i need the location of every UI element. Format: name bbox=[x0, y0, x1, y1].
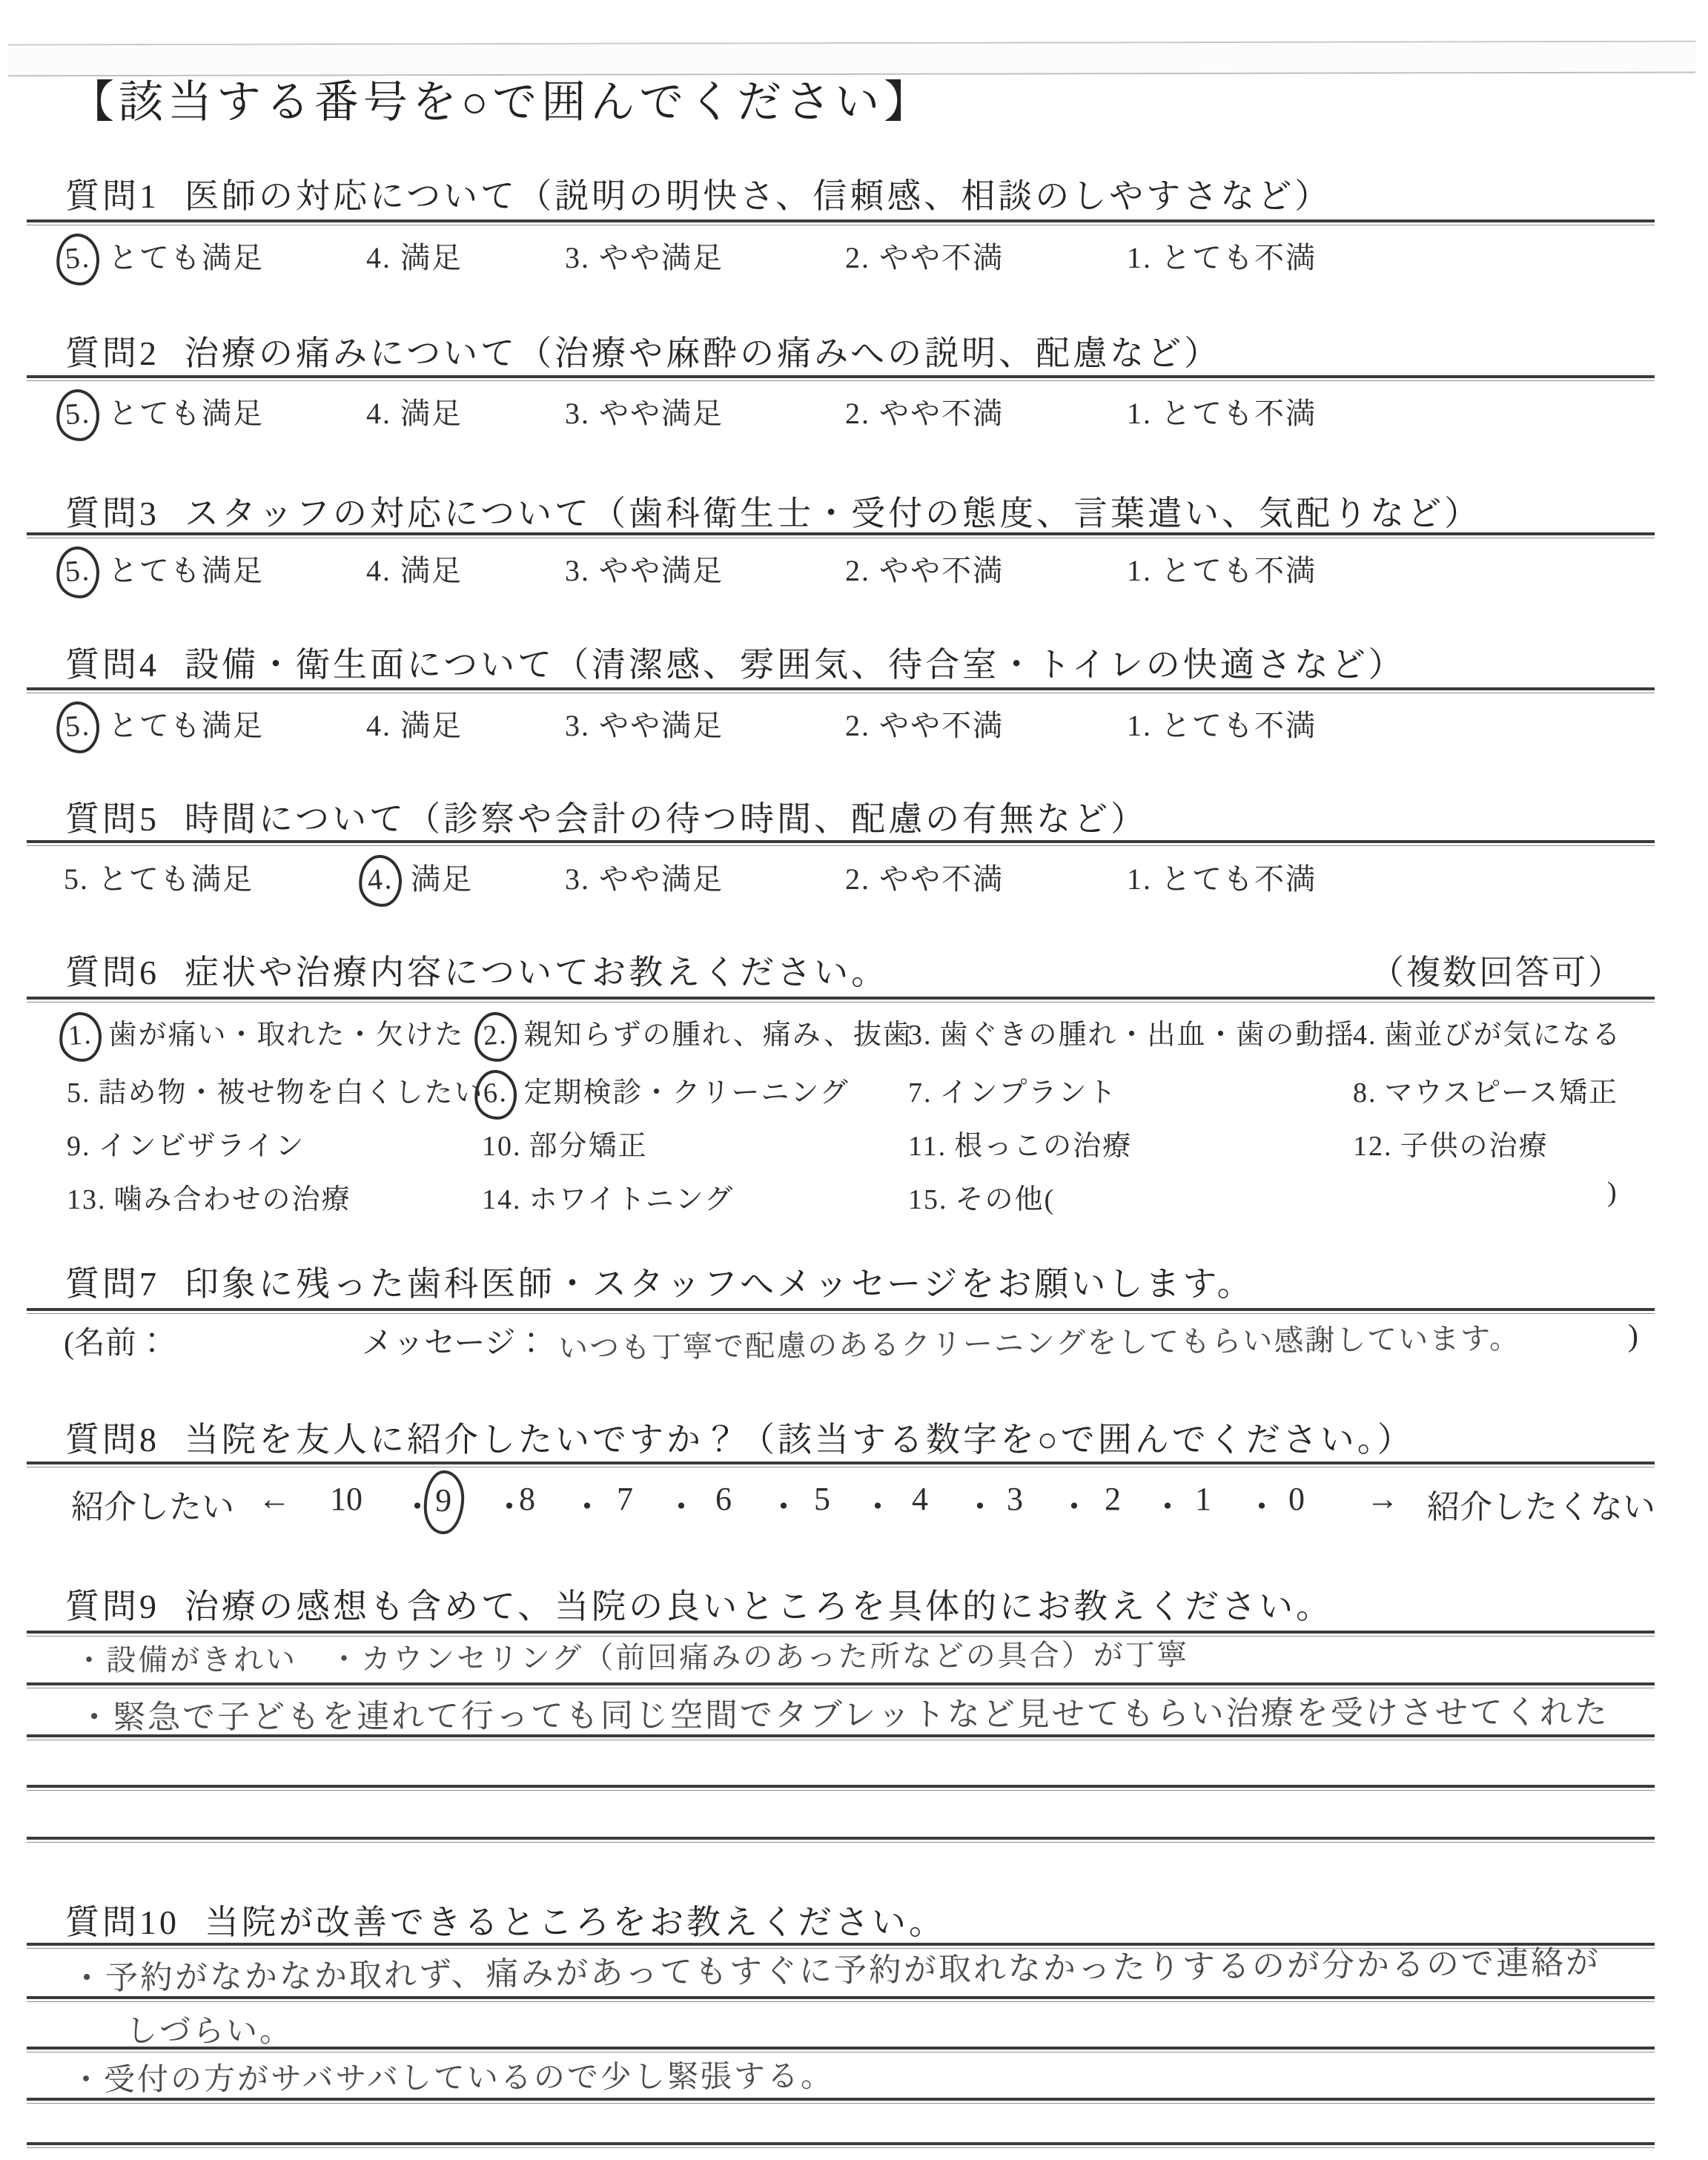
item-label: 歯並びが気になる bbox=[1385, 1020, 1622, 1051]
ruled-line bbox=[27, 1308, 1655, 1314]
option-label: やや満足 bbox=[599, 709, 724, 742]
item-num: 13. bbox=[67, 1184, 107, 1215]
handwritten-answer: しづらい。 bbox=[126, 2007, 293, 2051]
option-num: 2. bbox=[845, 862, 870, 896]
option-label: やや満足 bbox=[599, 397, 724, 430]
handwritten-answer: ・受付の方がサバサバしているので少し緊張する。 bbox=[70, 2052, 834, 2100]
option-num: 4. bbox=[366, 554, 391, 587]
multiple-answers-note: （複数回答可） bbox=[1370, 945, 1624, 994]
option-label: とても満足 bbox=[108, 397, 264, 430]
scale-3: 3 bbox=[1007, 1480, 1023, 1518]
q3-option-2: 2.やや不満 bbox=[845, 547, 1004, 589]
question-9-text: 治療の感想も含めて、当院の良いところを具体的にお教えください。 bbox=[185, 1588, 1333, 1625]
q5-option-2: 2.やや不満 bbox=[845, 856, 1004, 898]
handwritten-circle: 5. bbox=[55, 700, 102, 755]
q2-option-3: 3.やや満足 bbox=[565, 390, 724, 432]
question-9-heading: 質問9治療の感想も含めて、当院の良いところを具体的にお教えください。 bbox=[65, 1579, 1333, 1628]
question-6-heading: 質問6症状や治療内容についてお教えください。 bbox=[65, 945, 888, 994]
q6-item-10: 10.部分矯正 bbox=[482, 1123, 648, 1163]
q3-option-1: 1.とても不満 bbox=[1127, 547, 1317, 589]
question-7-text: 印象に残った歯科医師・スタッフへメッセージをお願いします。 bbox=[185, 1265, 1254, 1303]
scale-dot: ・ bbox=[571, 1480, 603, 1527]
ruled-line bbox=[27, 840, 1655, 846]
question-7-label: 質問7 bbox=[65, 1265, 159, 1303]
item-num: 12. bbox=[1353, 1131, 1393, 1162]
q6-item-13: 13.噛み合わせの治療 bbox=[67, 1176, 351, 1217]
option-label: 満足 bbox=[411, 862, 473, 896]
item-label: 親知らずの腫れ、痛み、抜歯 bbox=[524, 1020, 913, 1051]
scale-0: 0 bbox=[1288, 1480, 1305, 1518]
scale-dot: ・ bbox=[1245, 1480, 1278, 1527]
question-3-label: 質問3 bbox=[65, 495, 159, 532]
q2-option-5: 5.とても満足 bbox=[64, 390, 264, 432]
item-label: その他( bbox=[956, 1184, 1056, 1215]
question-8-label: 質問8 bbox=[65, 1421, 159, 1459]
question-1-label: 質問1 bbox=[65, 177, 159, 215]
question-8-text: 当院を友人に紹介したいですか？（該当する数字を○で囲んでください。） bbox=[185, 1421, 1414, 1459]
q4-option-2: 2.やや不満 bbox=[845, 702, 1004, 744]
option-num: 2. bbox=[845, 397, 870, 430]
q6-item-1: 1.歯が痛い・取れた・欠けた bbox=[67, 1011, 465, 1053]
option-num: 4. bbox=[366, 709, 391, 742]
answer-close-paren: ) bbox=[1628, 1318, 1638, 1354]
option-num: 1. bbox=[1127, 241, 1152, 274]
handwritten-circle: 5. bbox=[55, 232, 102, 287]
message-field: メッセージ：いつも丁寧で配慮のあるクリーニングをしてもらい感謝しています。 bbox=[362, 1318, 1520, 1363]
q6-item-6: 6.定期検診・クリーニング bbox=[482, 1069, 850, 1111]
scale-10: 10 bbox=[330, 1480, 363, 1518]
item-label: ホワイトニング bbox=[529, 1184, 735, 1215]
option-label: やや満足 bbox=[599, 862, 724, 896]
option-num: 1. bbox=[1127, 862, 1152, 896]
question-4-text: 設備・衛生面について（清潔感、雰囲気、待合室・トイレの快適さなど） bbox=[185, 646, 1406, 684]
question-3-options: 5.とても満足 4.満足 3.やや満足 2.やや不満 1.とても不満 bbox=[0, 547, 1708, 607]
question-5-label: 質問5 bbox=[65, 800, 159, 838]
scale-2: 2 bbox=[1105, 1480, 1121, 1518]
q4-option-1: 1.とても不満 bbox=[1127, 702, 1317, 744]
handwritten-circle: 5. bbox=[55, 388, 102, 443]
option-label: とても不満 bbox=[1161, 397, 1317, 430]
ruled-line bbox=[27, 219, 1655, 225]
option-num: 3. bbox=[565, 241, 590, 274]
answer-line bbox=[27, 2047, 1655, 2052]
question-8-heading: 質問8当院を友人に紹介したいですか？（該当する数字を○で囲んでください。） bbox=[65, 1413, 1414, 1462]
option-label: 満足 bbox=[400, 241, 463, 274]
option-label: とても満足 bbox=[108, 241, 264, 274]
item-label: 噛み合わせの治療 bbox=[114, 1184, 351, 1215]
handwritten-answer: ・設備がきれい ・カウンセリング（前回痛みのあった所などの具合）が丁寧 bbox=[74, 1631, 1189, 1680]
item-label: 子供の治療 bbox=[1400, 1131, 1549, 1162]
answer-line bbox=[27, 1734, 1655, 1740]
question-5-heading: 質問5時間について（診察や会計の待つ時間、配慮の有無など） bbox=[65, 792, 1148, 841]
q6-item-11: 11.根っこの治療 bbox=[908, 1123, 1132, 1163]
ruled-line bbox=[27, 532, 1655, 538]
item-label: インビザライン bbox=[99, 1131, 305, 1162]
question-10-text: 当院が改善できるところをお教えください。 bbox=[205, 1903, 946, 1941]
item-num: 8. bbox=[1353, 1077, 1377, 1109]
q1-option-4: 4.満足 bbox=[366, 234, 463, 277]
question-1-text: 医師の対応について（説明の明快さ、信頼感、相談のしやすさなど） bbox=[185, 177, 1331, 215]
q2-option-4: 4.満足 bbox=[366, 390, 463, 432]
left-arrow-icon: ← bbox=[258, 1480, 291, 1518]
item-label: マウスピース矯正 bbox=[1385, 1077, 1618, 1109]
option-label: とても不満 bbox=[1161, 862, 1317, 896]
question-3-text: スタッフの対応について（歯科衛生士・受付の態度、言葉遣い、気配りなど） bbox=[185, 495, 1481, 532]
question-1-options: 5.とても満足 4.満足 3.やや満足 2.やや不満 1.とても不満 bbox=[0, 234, 1708, 294]
question-9-label: 質問9 bbox=[65, 1588, 159, 1625]
item-num: 5. bbox=[67, 1077, 91, 1109]
option-num: 1. bbox=[1127, 709, 1152, 742]
question-6-label: 質問6 bbox=[65, 954, 159, 991]
question-1-heading: 質問1医師の対応について（説明の明快さ、信頼感、相談のしやすさなど） bbox=[65, 169, 1331, 218]
answer-line bbox=[27, 1996, 1655, 2002]
option-label: 満足 bbox=[400, 554, 463, 587]
q6-item-15: 15.その他( bbox=[908, 1176, 1055, 1217]
scanned-questionnaire-page: 【該当する番号を○で囲んでください】 質問1医師の対応について（説明の明快さ、信… bbox=[0, 0, 1708, 2160]
item-label: 定期検診・クリーニング bbox=[524, 1077, 850, 1109]
item-num: 10. bbox=[482, 1131, 522, 1162]
scale-dot: ・ bbox=[767, 1480, 800, 1527]
question-6-text: 症状や治療内容についてお教えください。 bbox=[185, 954, 888, 991]
q6-item-8: 8.マウスピース矯正 bbox=[1353, 1069, 1618, 1110]
question-3-heading: 質問3スタッフの対応について（歯科衛生士・受付の態度、言葉遣い、気配りなど） bbox=[65, 486, 1481, 535]
question-4-options: 5.とても満足 4.満足 3.やや満足 2.やや不満 1.とても不満 bbox=[0, 702, 1708, 762]
q6-item-7: 7.インプラント bbox=[908, 1069, 1118, 1110]
item-label: 歯が痛い・取れた・欠けた bbox=[109, 1020, 465, 1051]
q3-option-5: 5.とても満足 bbox=[64, 547, 264, 589]
q3-option-4: 4.満足 bbox=[366, 547, 463, 589]
answer-line bbox=[27, 1837, 1655, 1843]
q5-option-4: 4.満足 bbox=[366, 856, 473, 898]
q6-item-12: 12.子供の治療 bbox=[1353, 1123, 1549, 1163]
right-arrow-icon: → bbox=[1366, 1480, 1399, 1518]
question-5-options: 5.とても満足 4.満足 3.やや満足 2.やや不満 1.とても不満 bbox=[0, 856, 1708, 915]
question-5-text: 時間について（診察や会計の待つ時間、配慮の有無など） bbox=[185, 800, 1148, 838]
item-num: 14. bbox=[482, 1184, 522, 1215]
q1-option-2: 2.やや不満 bbox=[845, 234, 1004, 277]
q3-option-3: 3.やや満足 bbox=[565, 547, 724, 589]
scale-5: 5 bbox=[814, 1480, 830, 1518]
option-label: とても満足 bbox=[108, 709, 264, 742]
item-label: 歯ぐきの腫れ・出血・歯の動揺 bbox=[940, 1020, 1355, 1051]
item-num: 3. bbox=[908, 1020, 933, 1051]
q1-option-3: 3.やや満足 bbox=[565, 234, 724, 277]
scale-right-label: 紹介したくない bbox=[1427, 1480, 1655, 1527]
message-label: メッセージ： bbox=[362, 1327, 546, 1361]
q6-item-15-close-paren: ) bbox=[1607, 1176, 1618, 1209]
q6-item-3: 3.歯ぐきの腫れ・出血・歯の動揺 bbox=[908, 1011, 1355, 1052]
option-label: とても不満 bbox=[1161, 241, 1317, 274]
option-label: やや満足 bbox=[599, 241, 724, 274]
option-num: 1. bbox=[1127, 554, 1152, 587]
q5-option-1: 1.とても不満 bbox=[1127, 856, 1317, 898]
item-num: 15. bbox=[908, 1184, 948, 1215]
q6-item-2: 2.親知らずの腫れ、痛み、抜歯 bbox=[482, 1011, 913, 1053]
option-num: 5. bbox=[64, 862, 89, 896]
q6-item-9: 9.インビザライン bbox=[67, 1123, 305, 1163]
scale-6: 6 bbox=[715, 1480, 732, 1518]
option-label: 満足 bbox=[400, 397, 463, 430]
q5-option-5: 5.とても満足 bbox=[64, 856, 254, 898]
option-label: やや不満 bbox=[879, 554, 1004, 587]
question-10-label: 質問10 bbox=[65, 1903, 179, 1941]
question-2-label: 質問2 bbox=[65, 334, 159, 372]
item-num: 9. bbox=[67, 1131, 91, 1162]
option-label: やや不満 bbox=[879, 241, 1004, 274]
q4-option-5: 5.とても満足 bbox=[64, 702, 264, 744]
option-label: とても不満 bbox=[1161, 554, 1317, 587]
scale-left-label: 紹介したい bbox=[71, 1480, 234, 1527]
item-num: 7. bbox=[908, 1077, 933, 1109]
question-4-label: 質問4 bbox=[65, 646, 159, 684]
handwritten-answer: ・緊急で子どもを連れて行っても同じ空間でタブレットなど見せてもらい治療を受けさせ… bbox=[78, 1685, 1609, 1738]
option-num: 3. bbox=[565, 554, 590, 587]
option-num: 3. bbox=[565, 862, 590, 896]
ruled-line bbox=[27, 687, 1655, 693]
handwritten-circle: 2. bbox=[473, 1011, 518, 1063]
item-label: 根っこの治療 bbox=[954, 1131, 1132, 1162]
item-label: 部分矯正 bbox=[529, 1131, 648, 1162]
scale-7: 7 bbox=[617, 1480, 633, 1518]
question-2-options: 5.とても満足 4.満足 3.やや満足 2.やや不満 1.とても不満 bbox=[0, 390, 1708, 449]
answer-line bbox=[27, 2098, 1655, 2104]
option-label: 満足 bbox=[400, 709, 463, 742]
q6-item-5: 5.詰め物・被せ物を白くしたい bbox=[67, 1069, 484, 1110]
handwritten-message: いつも丁寧で配慮のあるクリーニングをしてもらい感謝しています。 bbox=[558, 1315, 1521, 1367]
name-field-prefix: (名前： bbox=[64, 1318, 168, 1363]
handwritten-circle: 5. bbox=[55, 545, 102, 600]
question-10-heading: 質問10当院が改善できるところをお教えください。 bbox=[65, 1895, 946, 1944]
q6-item-14: 14.ホワイトニング bbox=[482, 1176, 734, 1217]
q4-option-4: 4.満足 bbox=[366, 702, 463, 744]
question-2-heading: 質問2治療の痛みについて（治療や麻酔の痛みへの説明、配慮など） bbox=[65, 326, 1221, 375]
ruled-line bbox=[27, 1462, 1655, 1467]
option-num: 2. bbox=[845, 709, 870, 742]
question-2-text: 治療の痛みについて（治療や麻酔の痛みへの説明、配慮など） bbox=[185, 334, 1221, 372]
scale-dot: ・ bbox=[861, 1480, 894, 1527]
scale-dot: ・ bbox=[1151, 1480, 1184, 1527]
item-num: 11. bbox=[908, 1131, 947, 1162]
q2-option-2: 2.やや不満 bbox=[845, 390, 1004, 432]
option-num: 4. bbox=[366, 241, 391, 274]
option-num: 1. bbox=[1127, 397, 1152, 430]
answer-line bbox=[27, 2142, 1655, 2148]
item-label: 詰め物・被せ物を白くしたい bbox=[99, 1077, 484, 1109]
q5-option-3: 3.やや満足 bbox=[565, 856, 724, 898]
option-num: 2. bbox=[845, 241, 870, 274]
handwritten-circle: 1. bbox=[58, 1011, 103, 1063]
item-label: インプラント bbox=[940, 1077, 1118, 1109]
scale-dot: ・ bbox=[1058, 1480, 1090, 1527]
question-4-heading: 質問4設備・衛生面について（清潔感、雰囲気、待合室・トイレの快適さなど） bbox=[65, 638, 1406, 687]
option-num: 3. bbox=[565, 709, 590, 742]
scale-4: 4 bbox=[912, 1480, 928, 1518]
page-title: 【該当する番号を○で囲んでください】 bbox=[70, 67, 933, 131]
scale-dot: ・ bbox=[964, 1480, 996, 1527]
option-num: 4. bbox=[366, 397, 391, 430]
q1-option-5: 5.とても満足 bbox=[64, 234, 264, 277]
option-label: とても不満 bbox=[1161, 709, 1317, 742]
scale-8: 8 bbox=[519, 1480, 535, 1518]
option-label: とても満足 bbox=[108, 554, 264, 587]
option-num: 3. bbox=[565, 397, 590, 430]
q6-item-4: 4.歯並びが気になる bbox=[1353, 1011, 1622, 1052]
handwritten-circle: 4. bbox=[357, 853, 404, 908]
ruled-line bbox=[27, 375, 1655, 381]
item-num: 4. bbox=[1353, 1020, 1377, 1051]
q2-option-1: 1.とても不満 bbox=[1127, 390, 1317, 432]
question-7-heading: 質問7印象に残った歯科医師・スタッフへメッセージをお願いします。 bbox=[65, 1257, 1254, 1306]
q4-option-3: 3.やや満足 bbox=[565, 702, 724, 744]
option-label: やや不満 bbox=[879, 862, 1004, 896]
scale-dot: ・ bbox=[665, 1480, 698, 1527]
q8-recommend-scale: 紹介したい ← 10 ・ 9 ・ 8 ・ 7 ・ 6 ・ 5 ・ 4 ・ 3 ・… bbox=[0, 1480, 1708, 1562]
option-label: やや満足 bbox=[599, 554, 724, 587]
answer-line bbox=[27, 1785, 1655, 1791]
option-label: とても満足 bbox=[98, 862, 254, 896]
option-label: やや不満 bbox=[879, 709, 1004, 742]
option-label: やや不満 bbox=[879, 397, 1004, 430]
ruled-line bbox=[27, 997, 1655, 1003]
option-num: 2. bbox=[845, 554, 870, 587]
scale-1: 1 bbox=[1195, 1480, 1211, 1518]
q1-option-1: 1.とても不満 bbox=[1127, 234, 1317, 277]
